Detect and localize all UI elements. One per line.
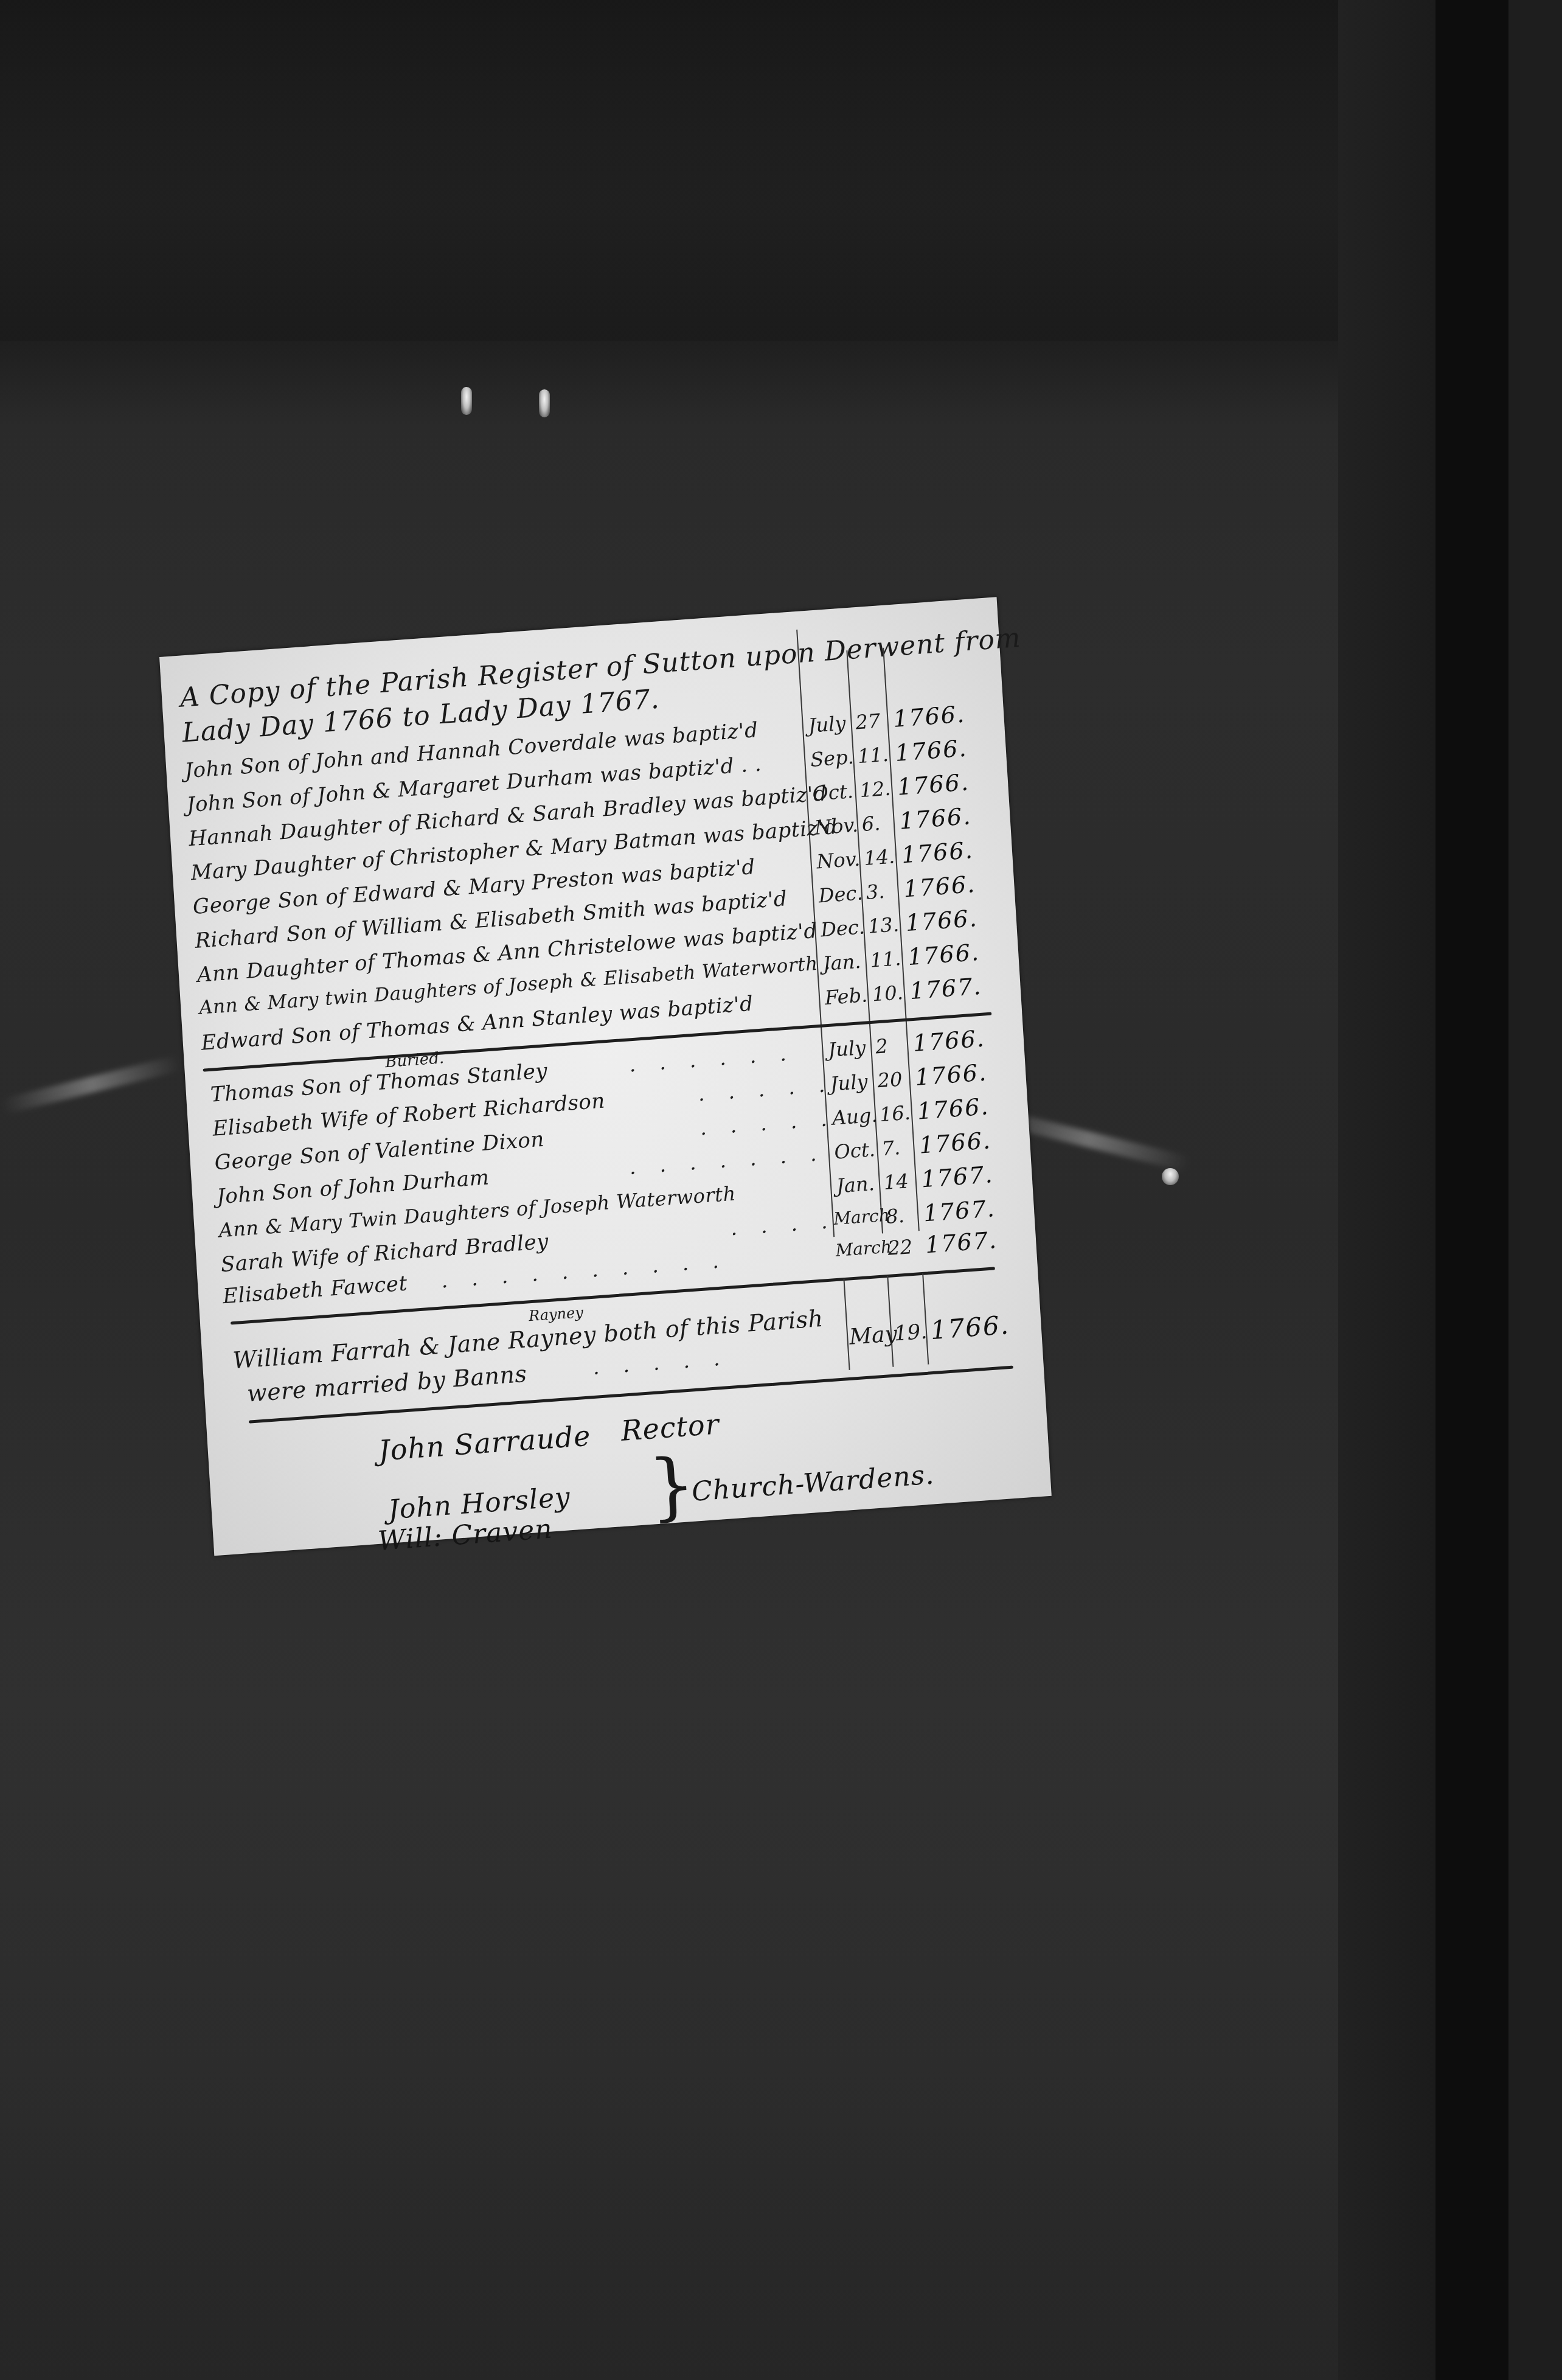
marriage-day: 19.: [894, 1320, 928, 1346]
baptism-month: Dec.: [820, 915, 866, 941]
burial-month: Jan.: [836, 1172, 875, 1197]
burial-year: 1766.: [914, 1059, 988, 1090]
burial-day: 20: [876, 1067, 903, 1092]
leader-dots: . . . .: [730, 1209, 837, 1240]
burial-month: March: [835, 1236, 892, 1261]
baptism-month: Oct.: [812, 779, 854, 806]
baptism-month: Sep.: [810, 745, 855, 771]
burial-day: 22: [887, 1235, 913, 1260]
burial-year: 1766.: [917, 1093, 990, 1124]
light-reflection-spot: [461, 387, 472, 415]
baptism-year: 1767.: [909, 973, 982, 1004]
baptism-day: 11.: [869, 947, 901, 972]
burial-year: 1767.: [925, 1227, 998, 1258]
baptism-day: 11.: [857, 743, 889, 768]
film-shadow-strip: [1338, 0, 1435, 2380]
baptism-year: 1766.: [898, 802, 972, 834]
burial-day: 8.: [885, 1204, 905, 1228]
marriage-insertion: Rayney: [528, 1304, 583, 1324]
baptism-month: Feb.: [824, 983, 868, 1009]
burial-month: Aug.: [831, 1104, 878, 1130]
baptism-day: 27: [855, 709, 881, 734]
parish-register-page: A Copy of the Parish Register of Sutton …: [159, 597, 1052, 1556]
burial-entry: Elisabeth Fawcet: [222, 1272, 408, 1309]
baptism-day: 14.: [863, 844, 895, 870]
leader-dots: . . . . .: [699, 1107, 836, 1141]
marriage-year: 1766.: [929, 1310, 1010, 1345]
leader-dots: . . . . . . .: [628, 1141, 825, 1180]
brace-glyph: }: [647, 1449, 697, 1525]
baptism-day: 10.: [872, 981, 904, 1006]
baptism-day: 13.: [867, 913, 900, 938]
baptism-day: 6.: [861, 812, 881, 836]
baptism-year: 1766.: [894, 734, 968, 766]
baptism-year: 1766.: [903, 871, 976, 902]
burial-month: March: [833, 1205, 890, 1230]
baptism-month: Dec.: [818, 881, 864, 907]
marriage-month: May: [849, 1321, 898, 1350]
baptism-day: 12.: [859, 777, 891, 802]
baptism-month: Jan.: [822, 950, 862, 975]
baptism-year: 1766.: [892, 701, 966, 732]
baptism-year: 1766.: [907, 939, 981, 970]
rector-title: Rector: [620, 1407, 720, 1447]
burial-year: 1766.: [918, 1127, 992, 1158]
burial-day: 14: [883, 1169, 909, 1194]
burial-month: July: [827, 1036, 866, 1062]
rector-signature: John Sarraude: [378, 1419, 592, 1467]
baptism-day: 3.: [866, 880, 886, 904]
film-right-margin: [1508, 0, 1562, 2380]
baptism-year: 1766.: [897, 768, 970, 800]
leader-dots: . . . . . .: [628, 1041, 796, 1077]
burial-day: 16.: [879, 1101, 911, 1127]
burial-day: 2: [875, 1034, 889, 1058]
baptism-year: 1766.: [901, 837, 974, 868]
light-reflection-spot: [1162, 1168, 1179, 1185]
leader-dots: . . . . .: [592, 1346, 729, 1380]
film-top-band: [0, 0, 1562, 341]
burial-month: July: [830, 1070, 869, 1096]
burial-month: Oct.: [834, 1138, 876, 1164]
burial-year: 1767.: [920, 1161, 994, 1192]
film-dark-edge: [1435, 0, 1508, 2380]
burial-year: 1766.: [912, 1025, 986, 1057]
church-wardens-title: Church-Wardens.: [691, 1459, 935, 1507]
burial-day: 7.: [881, 1136, 901, 1160]
leader-dots: . . . . .: [697, 1073, 834, 1107]
baptism-month: July: [808, 712, 847, 737]
baptism-year: 1766.: [905, 905, 979, 936]
light-reflection-spot: [539, 389, 550, 417]
burial-year: 1767.: [923, 1195, 996, 1227]
baptism-month: Nov.: [814, 813, 859, 840]
baptism-month: Nov.: [816, 847, 861, 874]
